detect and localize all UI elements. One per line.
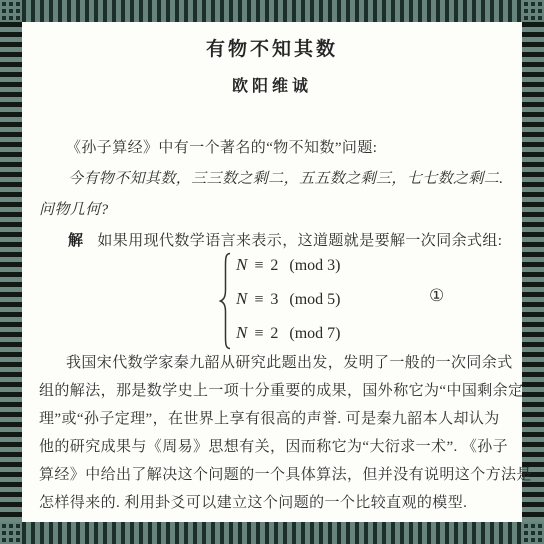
frame-corner-ornament-icon — [522, 0, 544, 22]
classical-quote-line-1: 今有物不知其数，三三数之剩二，五五数之剩三，七七数之剩二. — [68, 169, 503, 189]
discussion-line: 理”或“孙子定理”，在世界上享有很高的声誉. 可是秦九韶本人却认为 — [39, 409, 500, 429]
solution-lead-text: 如果用现代数学语言来表示，这道题就是要解一次同余式组: — [97, 233, 502, 249]
page-title: 有物不知其数 — [22, 34, 522, 61]
equation-row: N≡3(mod 5) — [236, 289, 340, 309]
left-brace-icon — [218, 252, 232, 350]
equation-modulus: (mod 3) — [289, 257, 340, 274]
solution-label: 解 — [68, 232, 83, 249]
equation-variable: N — [236, 323, 247, 342]
frame-stripe-left — [0, 22, 22, 522]
frame-stripe-top — [22, 0, 522, 22]
discussion-line: 组的解法，那是数学史上一项十分重要的成果，国外称它为“中国剩余定 — [39, 381, 523, 401]
equation-remainder: 2 — [270, 257, 278, 274]
problem-intro-line: 《孙子算经》中有一个著名的“物不知数”问题: — [66, 138, 377, 158]
frame-corner-ornament-icon — [522, 522, 544, 544]
equation-variable: N — [236, 255, 247, 274]
discussion-line: 他的研究成果与《周易》思想有关，因而称它为“大衍求一术”. 《孙子 — [39, 437, 508, 457]
frame-stripe-right — [522, 22, 544, 522]
frame-corner-ornament-icon — [0, 522, 22, 544]
equation-modulus: (mod 5) — [289, 291, 340, 308]
equation-number-badge: ① — [429, 286, 444, 306]
discussion-line: 算经》中给出了解决这个问题的一个具体算法，但并没有说明这个方法是 — [39, 465, 532, 485]
equation-remainder: 2 — [270, 325, 278, 342]
discussion-line: 怎样得来的. 利用卦爻可以建立这个问题的一个比较直观的模型. — [39, 493, 467, 513]
congruence-symbol: ≡ — [247, 257, 270, 274]
equation-remainder: 3 — [270, 291, 278, 308]
classical-quote-line-2: 问物几何? — [39, 200, 109, 220]
discussion-line: 我国宋代数学家秦九韶从研究此题出发，发明了一般的一次同余式 — [66, 353, 513, 373]
page-content: 有物不知其数 欧阳维诚 《孙子算经》中有一个著名的“物不知数”问题: 今有物不知… — [22, 22, 522, 522]
congruence-symbol: ≡ — [247, 291, 270, 308]
congruence-system: N≡2(mod 3) N≡3(mod 5) N≡2(mod 7) — [218, 250, 448, 354]
solution-lead-line: 解如果用现代数学语言来表示，这道题就是要解一次同余式组: — [68, 231, 502, 251]
equation-modulus: (mod 7) — [289, 325, 340, 342]
frame-stripe-bottom — [22, 522, 522, 544]
equation-row: N≡2(mod 3) — [236, 255, 340, 275]
author-name: 欧阳维诚 — [22, 73, 522, 96]
frame-corner-ornament-icon — [0, 0, 22, 22]
congruence-symbol: ≡ — [247, 325, 270, 342]
book-page: 有物不知其数 欧阳维诚 《孙子算经》中有一个著名的“物不知数”问题: 今有物不知… — [0, 0, 544, 544]
equation-row: N≡2(mod 7) — [236, 323, 340, 343]
equation-variable: N — [236, 289, 247, 308]
